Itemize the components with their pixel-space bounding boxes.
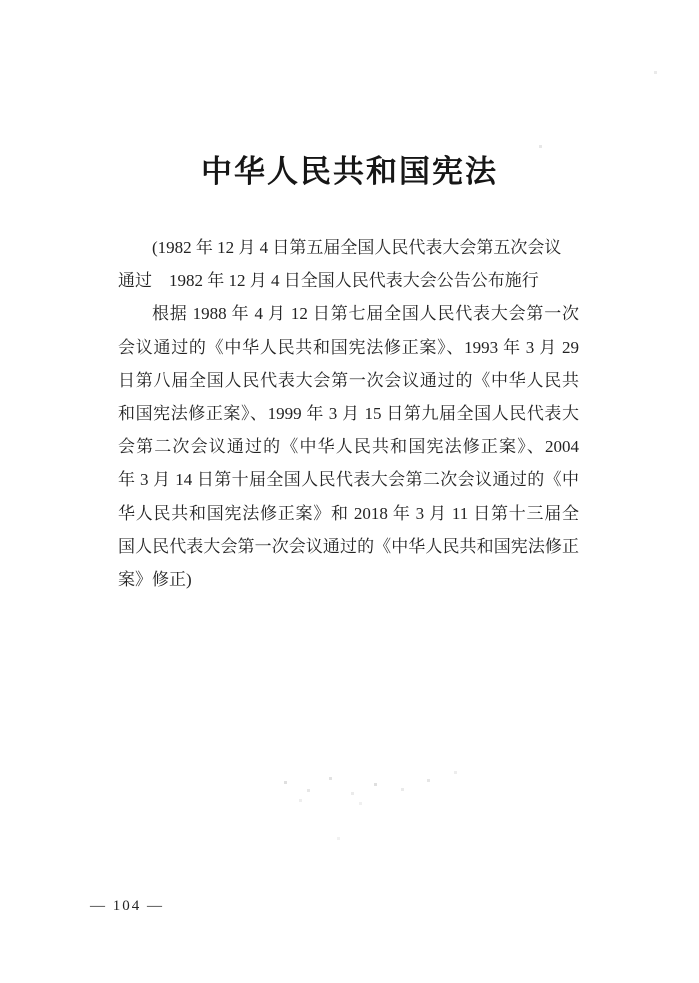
body-line: 会第二次会议通过的《中华人民共和国宪法修正案》、2004	[118, 430, 579, 463]
body-line: 日第八届全国人民代表大会第一次会议通过的《中华人民共	[118, 364, 579, 397]
body-line: 案》修正)	[118, 563, 579, 596]
body-line: 华人民共和国宪法修正案》和 2018 年 3 月 11 日第十三届全	[118, 497, 579, 530]
body-line: 通过 1982 年 12 月 4 日全国人民代表大会公告公布施行	[118, 264, 579, 297]
scanned-document-page: 中华人民共和国宪法 (1982 年 12 月 4 日第五届全国人民代表大会第五次…	[0, 0, 699, 983]
body-line: (1982 年 12 月 4 日第五届全国人民代表大会第五次会议	[118, 231, 579, 264]
body-line: 国人民代表大会第一次会议通过的《中华人民共和国宪法修正	[118, 530, 579, 563]
body-line: 根据 1988 年 4 月 12 日第七届全国人民代表大会第一次	[118, 297, 579, 330]
scan-noise-speckles	[0, 0, 1, 1]
document-title: 中华人民共和国宪法	[0, 146, 699, 191]
page-number: — 104 —	[90, 898, 164, 915]
body-line: 年 3 月 14 日第十届全国人民代表大会第二次会议通过的《中	[118, 463, 579, 496]
body-line: 和国宪法修正案》、1999 年 3 月 15 日第九届全国人民代表大	[118, 397, 579, 430]
document-body: (1982 年 12 月 4 日第五届全国人民代表大会第五次会议 通过 1982…	[118, 231, 579, 596]
body-line: 会议通过的《中华人民共和国宪法修正案》、1993 年 3 月 29	[118, 331, 579, 364]
